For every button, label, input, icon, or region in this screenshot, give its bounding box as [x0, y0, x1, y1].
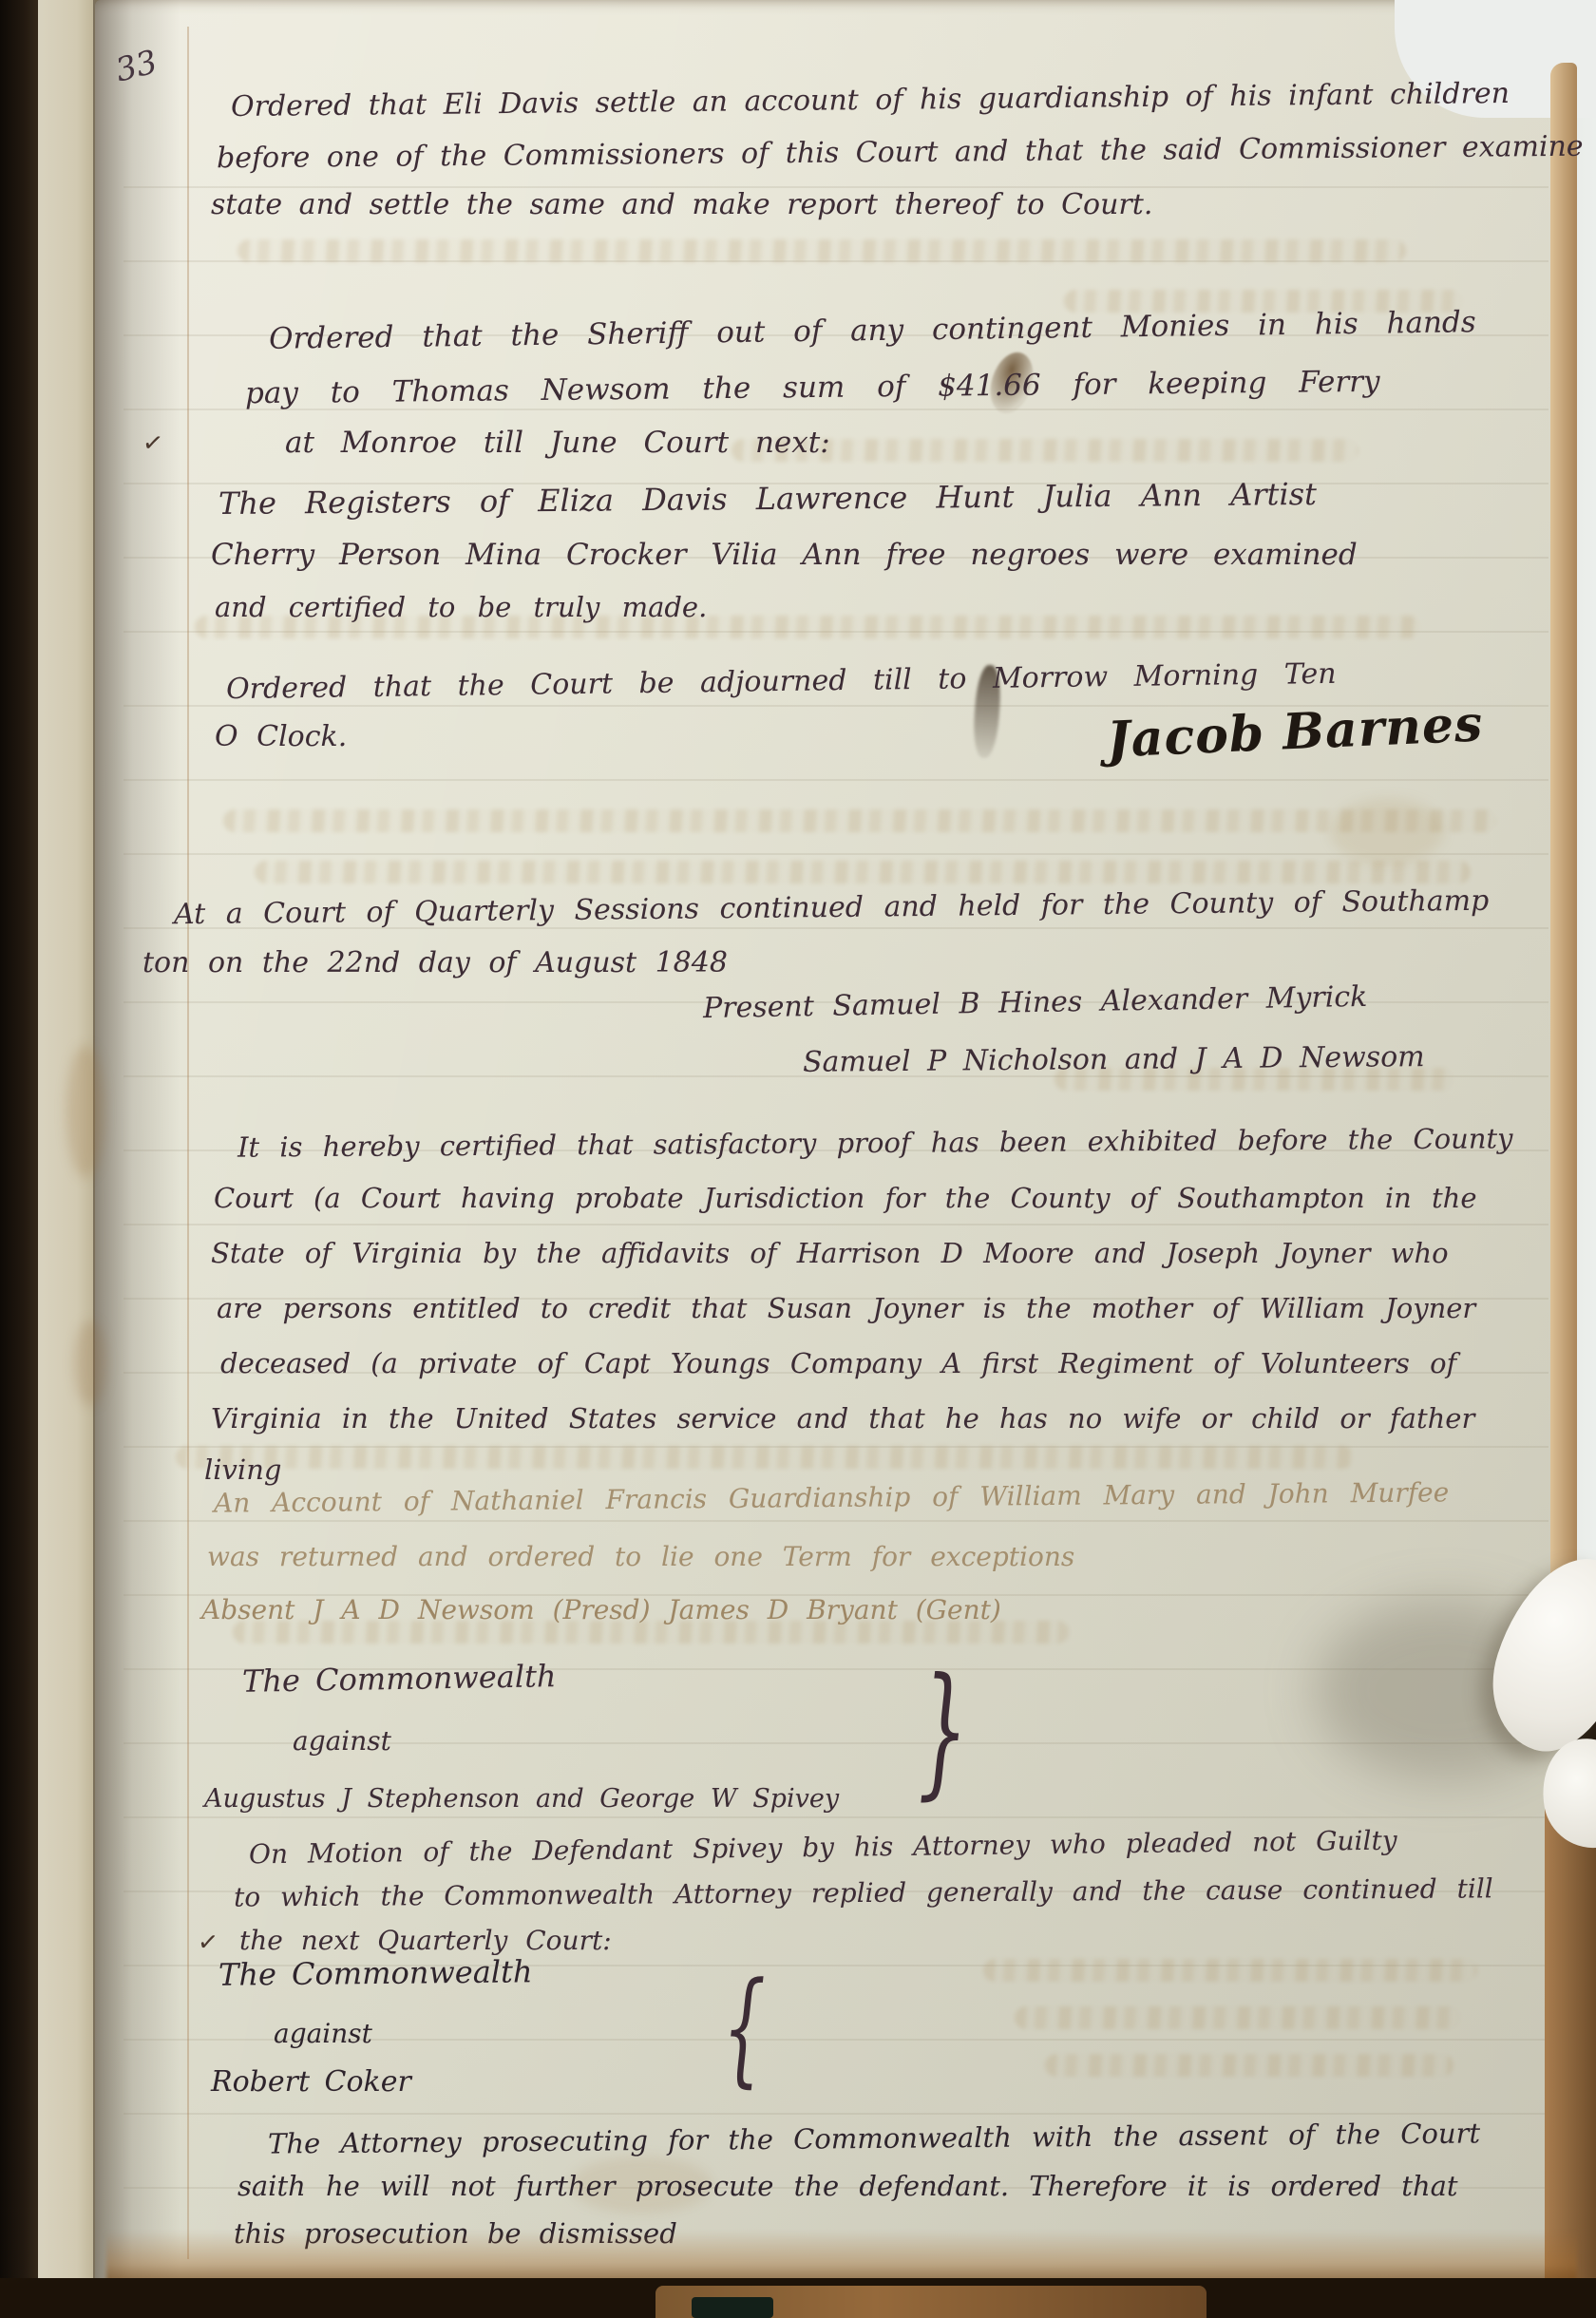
paper-stain	[66, 1045, 104, 1178]
handwritten-line: living	[204, 1453, 281, 1486]
bleed-through-ghost	[176, 1446, 1354, 1469]
bleed-through-ghost	[237, 239, 1406, 262]
bleed-through-ghost	[1045, 2054, 1453, 2077]
handwritten-line: ton on the 22nd day of August 1848	[142, 946, 728, 979]
handwritten-line: and certified to be truly made.	[215, 591, 707, 623]
handwritten-line: Court (a Court having probate Jurisdicti…	[214, 1182, 1477, 1214]
handwritten-line: deceased (a private of Capt Youngs Compa…	[220, 1347, 1456, 1379]
page-edges-right-lower	[1545, 1786, 1596, 2289]
bleed-through-ghost	[223, 809, 1496, 832]
handwritten-line: at Monroe till June Court next:	[285, 426, 830, 460]
bleed-through-ghost	[1015, 2006, 1461, 2029]
handwritten-line: State of Virginia by the affidavits of H…	[211, 1237, 1449, 1269]
case-versus: against	[293, 1725, 391, 1757]
check-mark: ✓	[141, 428, 165, 460]
case-versus: against	[274, 2018, 372, 2049]
bleed-through-ghost	[255, 861, 1471, 883]
case-brace: {	[723, 1968, 766, 2087]
case-brace: }	[918, 1664, 967, 1797]
paper-stain	[74, 1320, 106, 1406]
case-title: The Commonwealth	[242, 1658, 557, 1700]
handwritten-line: the next Quarterly Court:	[239, 1925, 612, 1956]
handwritten-line: Virginia in the United States service an…	[211, 1402, 1474, 1434]
bleed-through-ghost	[983, 1959, 1477, 1982]
justices-present-line: Samuel P Nicholson and J A D Newsom	[803, 1040, 1425, 1079]
case-defendants: Augustus J Stephenson and George W Spive…	[204, 1784, 839, 1814]
handwritten-line: state and settle the same and make repor…	[211, 188, 1152, 221]
handwritten-line: O Clock.	[215, 720, 347, 753]
handwritten-line: was returned and ordered to lie one Term…	[207, 1541, 1074, 1572]
handwritten-line: are persons entitled to credit that Susa…	[217, 1292, 1475, 1324]
page-edges-right	[1550, 63, 1577, 1583]
case-defendants: Robert Coker	[211, 2065, 411, 2099]
check-mark: ✓	[196, 1928, 219, 1958]
case-title: The Commonwealth	[218, 1953, 533, 1992]
margin-rule	[187, 27, 189, 2259]
handwritten-line: saith he will not further prosecute the …	[237, 2170, 1458, 2202]
handwritten-line: Cherry Person Mina Crocker Vilia Ann fre…	[211, 538, 1358, 572]
handwritten-line: Absent J A D Newsom (Presd) James D Brya…	[201, 1594, 1001, 1625]
ledger-page-scan: 33 Ordered that Eli Davis settle an acco…	[0, 0, 1596, 2318]
book-clamp	[692, 2297, 773, 2318]
